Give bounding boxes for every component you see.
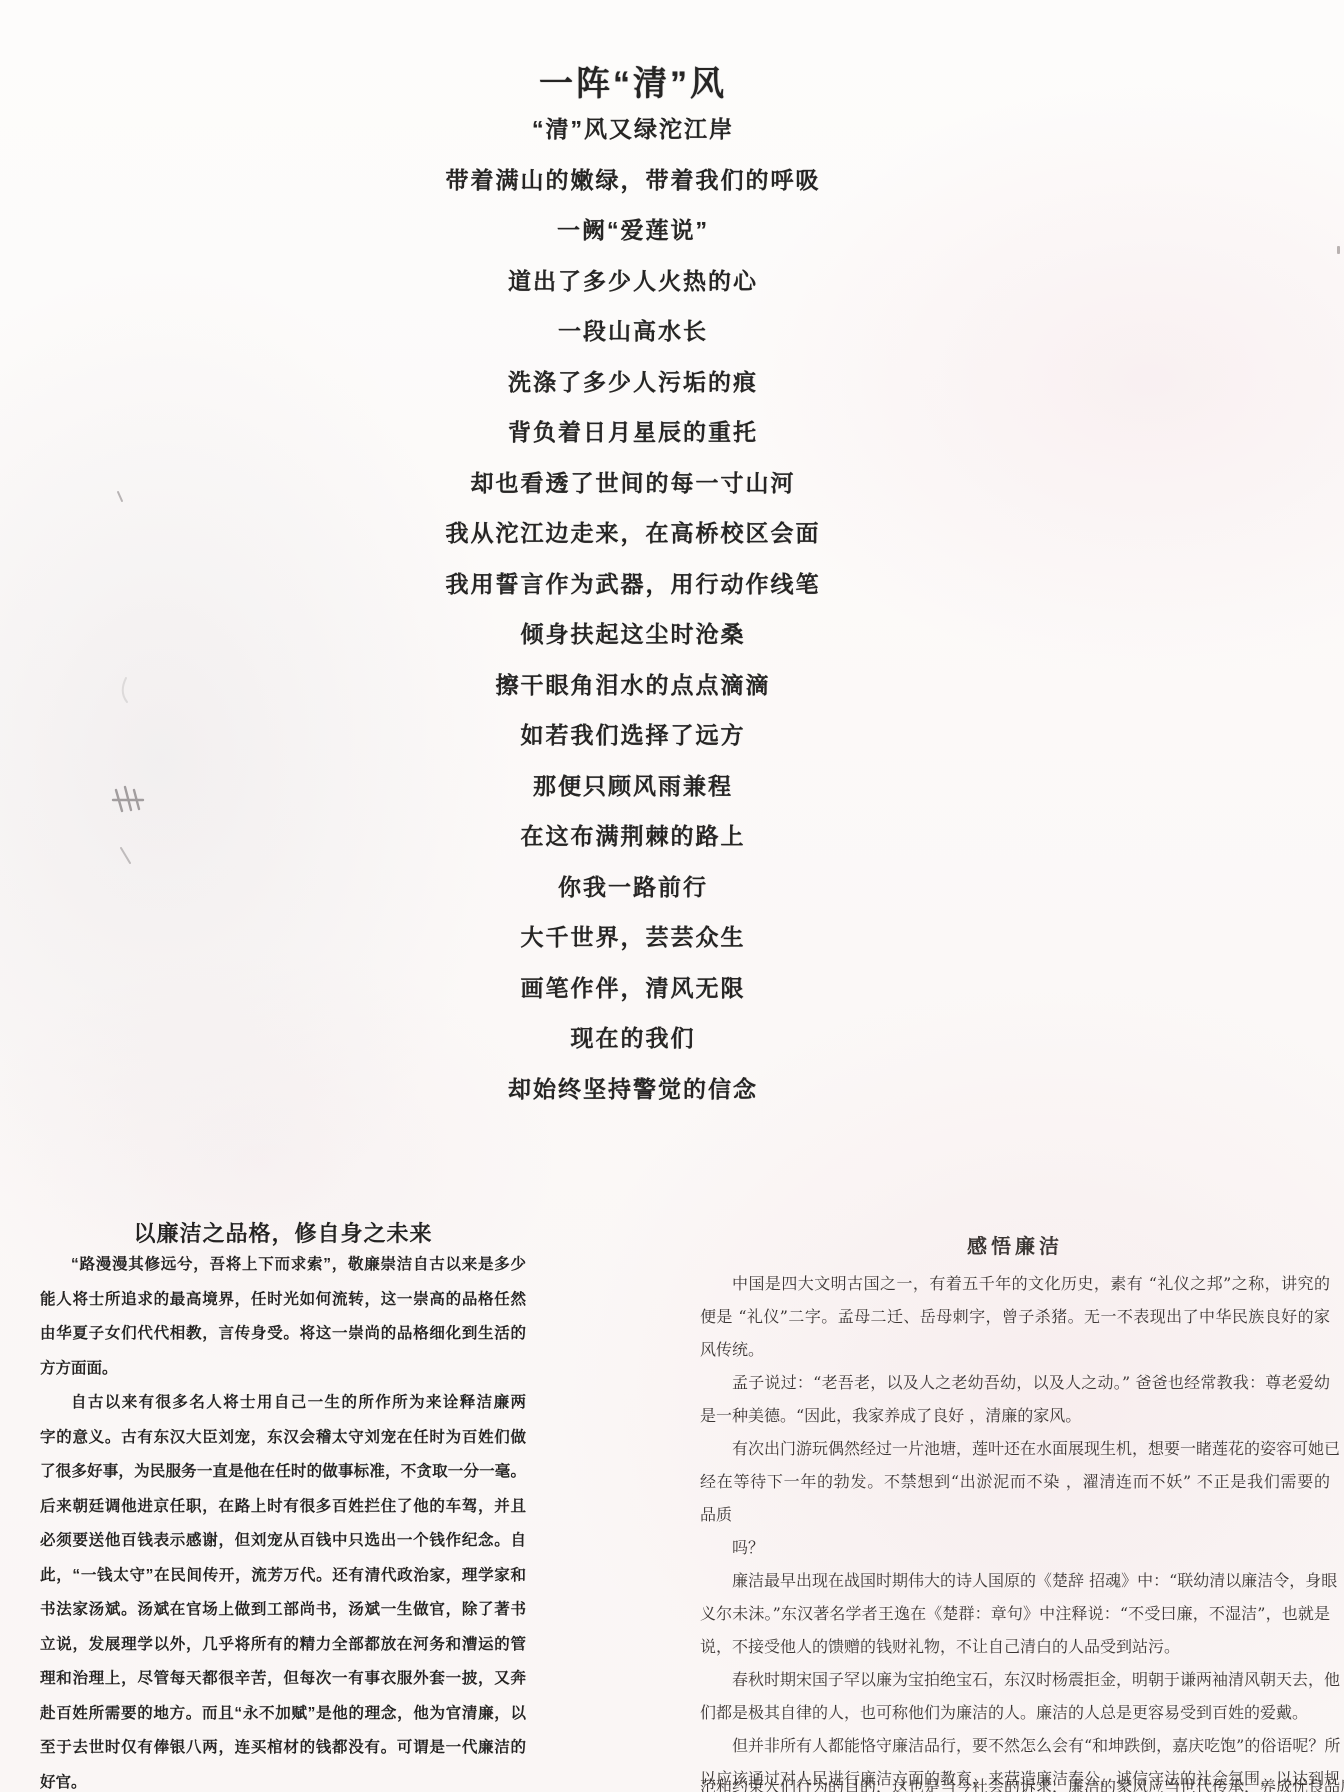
left-essay-line: 赴百姓所需要的地方。而且“永不加赋”是他的理念，他为官清廉，以 [40, 1697, 526, 1732]
left-essay-section: 以廉洁之品格，修自身之未来 “路漫漫其修远兮，吾将上下而求索”，敬廉崇洁自古以来… [40, 1220, 526, 1792]
poem-lines: “清”风又绿沱江岸带着满山的嫩绿，带着我们的呼吸一阙“爱莲说”道出了多少人火热的… [0, 104, 1266, 1114]
poem-line: 一段山高水长 [0, 306, 1266, 357]
right-essay-line: 春秋时期宋国子罕以廉为宝拍绝宝石，东汉时杨震拒金，明朝于谦两袖清风朝天去，他 [700, 1663, 1330, 1696]
right-essay-line: 孟子说过：“老吾老，以及人之老幼吾幼，以及人之动。” 爸爸也经常教我：尊老爱幼 [700, 1366, 1330, 1399]
right-essay-line: 是一种美德。“因此，我家养成了良好 ，清廉的家风。 [700, 1399, 1330, 1432]
right-essay-line: 义尔未沫。”东汉著名学者王逸在《楚群：章句》中注释说：“不受曰廉，不湿洁”，也就… [700, 1597, 1330, 1630]
poem-line: 擦干眼角泪水的点点滴滴 [0, 660, 1266, 711]
right-essay-line: 中国是四大文明古国之一，有着五千年的文化历史，素有 “礼仪之邦”之称，讲究的 [700, 1267, 1330, 1300]
left-essay-line: 书法家汤斌。汤斌在官场上做到工部尚书，汤斌一生做官，除了著书 [40, 1593, 526, 1628]
right-essay-line: 品质 [700, 1498, 1330, 1531]
right-essay-line: 但并非所有人都能恪守廉洁品行，要不然怎么会有“和坤跌倒，嘉庆吃饱”的俗语呢？所 [700, 1729, 1330, 1762]
poem-line: 一阙“爱莲说” [0, 205, 1266, 256]
poem-section: 一阵“清”风 “清”风又绿沱江岸带着满山的嫩绿，带着我们的呼吸一阙“爱莲说”道出… [0, 64, 1266, 1114]
right-essay-line: 经在等待下一年的勃发。不禁想到“出淤泥而不染 ，濯清连而不妖” 不正是我们需要的 [700, 1465, 1330, 1498]
left-essay-line: 字的意义。古有东汉大臣刘宠，东汉会稽太守刘宠在任时为百姓们做 [40, 1421, 526, 1456]
left-essay-line: 后来朝廷调他进京任职，在路上时有很多百姓拦住了他的车驾，并且 [40, 1490, 526, 1525]
left-essay-line: 自古以来有很多名人将士用自己一生的所作所为来诠释洁廉两 [40, 1386, 526, 1421]
left-essay-line: 方方面面。 [40, 1352, 526, 1387]
left-essay-line: “路漫漫其修远兮，吾将上下而求索”，敬廉崇洁自古以来是多少 [40, 1248, 526, 1283]
left-essay-line: 由华夏子女们代代相教，言传身受。将这一崇尚的品格细化到生活的 [40, 1317, 526, 1352]
left-essay-line: 至于去世时仅有俸银八两，连买棺材的钱都没有。可谓是一代廉洁的 [40, 1731, 526, 1766]
poem-line: “清”风又绿沱江岸 [0, 104, 1266, 155]
left-essay-line: 能人将士所追求的最高境界，任时光如何流转，这一崇高的品格任然 [40, 1283, 526, 1318]
poem-line: 带着满山的嫩绿，带着我们的呼吸 [0, 155, 1266, 206]
poem-line: 却也看透了世间的每一寸山河 [0, 458, 1266, 509]
poem-line: 大千世界，芸芸众生 [0, 912, 1266, 963]
poem-title: 一阵“清”风 [0, 64, 1266, 104]
left-essay-line: 了很多好事，为民服务一直是他在任时的做事标准，不贪取一分一毫。 [40, 1455, 526, 1490]
left-essay-line: 理和治理上，尽管每天都很辛苦，但每次一有事衣服外套一披，又奔 [40, 1662, 526, 1697]
poem-line: 我从沱江边走来，在高桥校区会面 [0, 508, 1266, 559]
poem-line: 那便只顾风雨兼程 [0, 761, 1266, 812]
left-essay-line: 必须要送他百钱表示感谢，但刘宠从百钱中只选出一个钱作纪念。自 [40, 1524, 526, 1559]
right-essay-section: 感悟廉洁 中国是四大文明古国之一，有着五千年的文化历史，素有 “礼仪之邦”之称，… [700, 1233, 1330, 1792]
left-essay-line: 此，“一钱太守”在民间传开，流芳万代。还有清代政治家，理学家和 [40, 1559, 526, 1594]
left-essay-line: 好官。 [40, 1766, 526, 1792]
poem-line: 你我一路前行 [0, 862, 1266, 913]
scan-smudge-icon [104, 478, 174, 878]
poem-line: 画笔作伴，清风无限 [0, 963, 1266, 1014]
right-essay-body: 中国是四大文明古国之一，有着五千年的文化历史，素有 “礼仪之邦”之称，讲究的便是… [700, 1267, 1330, 1792]
poem-line: 如若我们选择了远方 [0, 710, 1266, 761]
right-essay-line: 们都是极其自律的人，也可称他们为廉洁的人。廉洁的人总是更容易受到百姓的爱戴。 [700, 1696, 1330, 1729]
right-essay-line: 说，不接受他人的馈赠的钱财礼物，不让自己清白的人品受到站污。 [700, 1630, 1330, 1663]
poem-line: 在这布满荆棘的路上 [0, 811, 1266, 862]
poem-line: 背负着日月星辰的重托 [0, 407, 1266, 458]
right-essay-cropped-line: 范和约束人们行为的目的，这也是当今社会的诉求，廉洁的家风应当世代传承，养成优良品… [700, 1779, 1330, 1792]
poem-line: 我用誓言作为武器，用行动作线笔 [0, 559, 1266, 610]
poem-line: 倾身扶起这尘时沧桑 [0, 609, 1266, 660]
scanned-document-page: 一阵“清”风 “清”风又绿沱江岸带着满山的嫩绿，带着我们的呼吸一阙“爱莲说”道出… [0, 0, 1344, 1792]
right-essay-title: 感悟廉洁 [700, 1233, 1330, 1259]
scan-edge-mark-icon [1337, 246, 1340, 254]
right-essay-line: 风传统。 [700, 1333, 1330, 1366]
right-essay-line: 便是 “礼仪”二字。孟母二迁、岳母刺字，曾子杀猪。无一不表现出了中华民族良好的家 [700, 1300, 1330, 1333]
left-essay-line: 立说，发展理学以外，几乎将所有的精力全部都放在河务和漕运的管 [40, 1628, 526, 1663]
left-essay-title: 以廉洁之品格，修自身之未来 [40, 1220, 526, 1248]
right-essay-line: 廉洁最早出现在战国时期伟大的诗人国原的《楚辞 招魂》中：“联幼清以廉洁令，身眼 [700, 1564, 1330, 1597]
right-essay-line: 吗？ [700, 1531, 1330, 1564]
poem-line: 洗涤了多少人污垢的痕 [0, 357, 1266, 408]
left-essay-body: “路漫漫其修远兮，吾将上下而求索”，敬廉崇洁自古以来是多少能人将士所追求的最高境… [40, 1248, 526, 1792]
poem-line: 现在的我们 [0, 1013, 1266, 1064]
poem-line: 道出了多少人火热的心 [0, 256, 1266, 307]
right-essay-line: 有次出门游玩偶然经过一片池塘，莲叶还在水面展现生机，想要一睹莲花的姿容可她已 [700, 1432, 1330, 1465]
poem-line: 却始终坚持警觉的信念 [0, 1064, 1266, 1115]
